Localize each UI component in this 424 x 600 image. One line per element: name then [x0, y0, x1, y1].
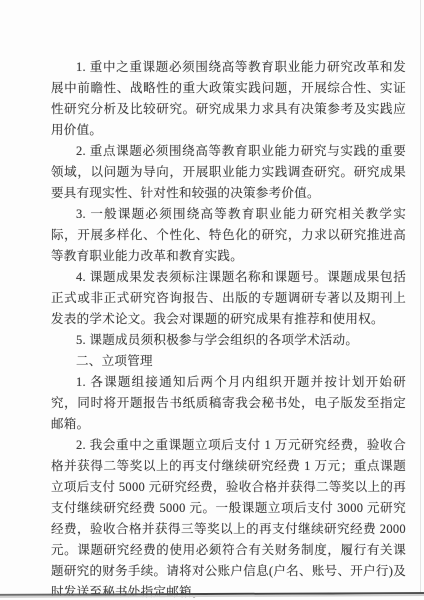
paragraph: 5. 课题成员须积极参与学会组织的各项学术活动。: [51, 330, 406, 351]
paragraph: 4. 课题成果发表须标注课题名称和课题号。课题成果包括正式或非正式研究咨询报告、…: [51, 267, 406, 330]
paragraph: 2. 我会重中之重课题立项后支付 1 万元研究经费，验收合格并获得二等奖以上的再…: [51, 435, 406, 600]
scan-page-edge-right: [420, 0, 421, 593]
document-body: 1. 重中之重课题必须围绕高等教育职业能力研究改革和发展中前瞻性、战略性的重大政…: [51, 57, 406, 600]
section-heading: 二、立项管理: [51, 351, 406, 372]
paragraph: 1. 各课题组接通知后两个月内组织开题并按计划开始研究，同时将开题报告书纸质稿寄…: [51, 372, 406, 435]
paragraph: 1. 重中之重课题必须围绕高等教育职业能力研究改革和发展中前瞻性、战略性的重大政…: [51, 57, 406, 141]
document-page: 1. 重中之重课题必须围绕高等教育职业能力研究改革和发展中前瞻性、战略性的重大政…: [0, 0, 424, 600]
page-number: 2: [210, 546, 215, 556]
paragraph: 3. 一般课题必须围绕高等教育职业能力研究相关教学实际，开展多样化、个性化、特色…: [51, 204, 406, 267]
paragraph: 2. 重点课题必须围绕高等教育职业能力研究与实践的重要领域，以问题为导向，开展职…: [51, 141, 406, 204]
